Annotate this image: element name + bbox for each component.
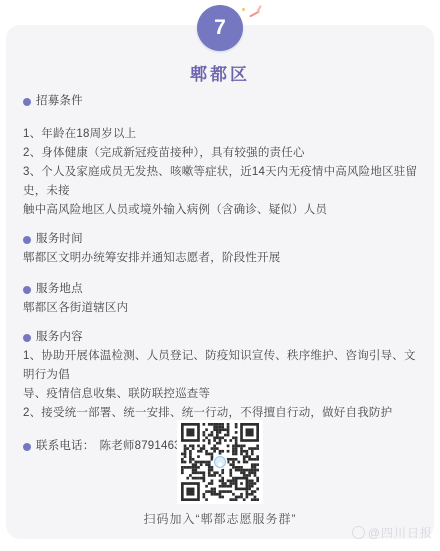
section-body: 1、年龄在18周岁以上 2、身体健康（完成新冠疫苗接种），具有较强的责任心 3、… <box>23 125 427 220</box>
section-heading: 服务内容 <box>23 328 427 347</box>
section-body: 郫都区文明办统筹安排并通知志愿者，阶段性开展 <box>23 249 427 268</box>
section-heading-label: 服务时间 <box>36 230 83 249</box>
body-line: 3、个人及家庭成员无发热、咳嗽等症状，近14天内无疫情中高风险地区驻留史，未接 <box>23 163 427 201</box>
section-recruit-conditions: 招募条件 1、年龄在18周岁以上 2、身体健康（完成新冠疫苗接种），具有较强的责… <box>23 92 427 220</box>
body-line: 导、疫情信息收集、联防联控巡查等 <box>23 385 427 404</box>
body-line: 郫都区文明办统筹安排并通知志愿者，阶段性开展 <box>23 249 427 268</box>
notice-content: 招募条件 1、年龄在18周岁以上 2、身体健康（完成新冠疫苗接种），具有较强的责… <box>23 92 427 456</box>
bullet-dot-icon <box>23 334 31 342</box>
body-line: 1、协助开展体温检测、人员登记、防疫知识宣传、秩序维护、咨询引导、文明行为倡 <box>23 347 427 385</box>
contact-phone-value: 陈老师87914636 <box>100 437 188 456</box>
qr-code-icon <box>181 423 259 501</box>
watermark-label: @四川日报 <box>368 524 433 541</box>
sparkle-icon <box>242 8 245 11</box>
section-heading: 服务时间 <box>23 230 427 249</box>
section-service-content: 服务内容 1、协助开展体温检测、人员登记、防疫知识宣传、秩序维护、咨询引导、文明… <box>23 328 427 423</box>
qr-code <box>177 420 263 504</box>
bullet-dot-icon <box>23 443 31 451</box>
body-line: 2、身体健康（完成新冠疫苗接种），具有较强的责任心 <box>23 144 427 163</box>
body-line: 郫都区各街道辖区内 <box>23 299 427 318</box>
body-line: 1、年龄在18周岁以上 <box>23 125 427 144</box>
section-heading-label: 服务地点 <box>36 280 83 299</box>
newspaper-logo-icon <box>352 526 365 539</box>
section-body: 郫都区各街道辖区内 <box>23 299 427 318</box>
section-heading-label: 服务内容 <box>36 328 83 347</box>
district-title: 郫都区 <box>0 60 440 85</box>
section-service-time: 服务时间 郫都区文明办统筹安排并通知志愿者，阶段性开展 <box>23 230 427 268</box>
section-service-location: 服务地点 郫都区各街道辖区内 <box>23 280 427 318</box>
number-badge: 7 <box>197 5 243 51</box>
watermark: @四川日报 <box>352 524 433 541</box>
body-line: 触中高风险地区人员或境外输入病例（含确诊、疑似）人员 <box>23 201 427 220</box>
section-heading-label: 招募条件 <box>36 92 83 111</box>
section-heading: 招募条件 <box>23 92 427 111</box>
bullet-dot-icon <box>23 236 31 244</box>
badge-number: 7 <box>214 16 226 40</box>
bullet-dot-icon <box>23 98 31 106</box>
section-heading: 服务地点 <box>23 280 427 299</box>
bullet-dot-icon <box>23 286 31 294</box>
section-body: 1、协助开展体温检测、人员登记、防疫知识宣传、秩序维护、咨询引导、文明行为倡 导… <box>23 347 427 423</box>
contact-heading-label: 联系电话： <box>36 437 95 456</box>
